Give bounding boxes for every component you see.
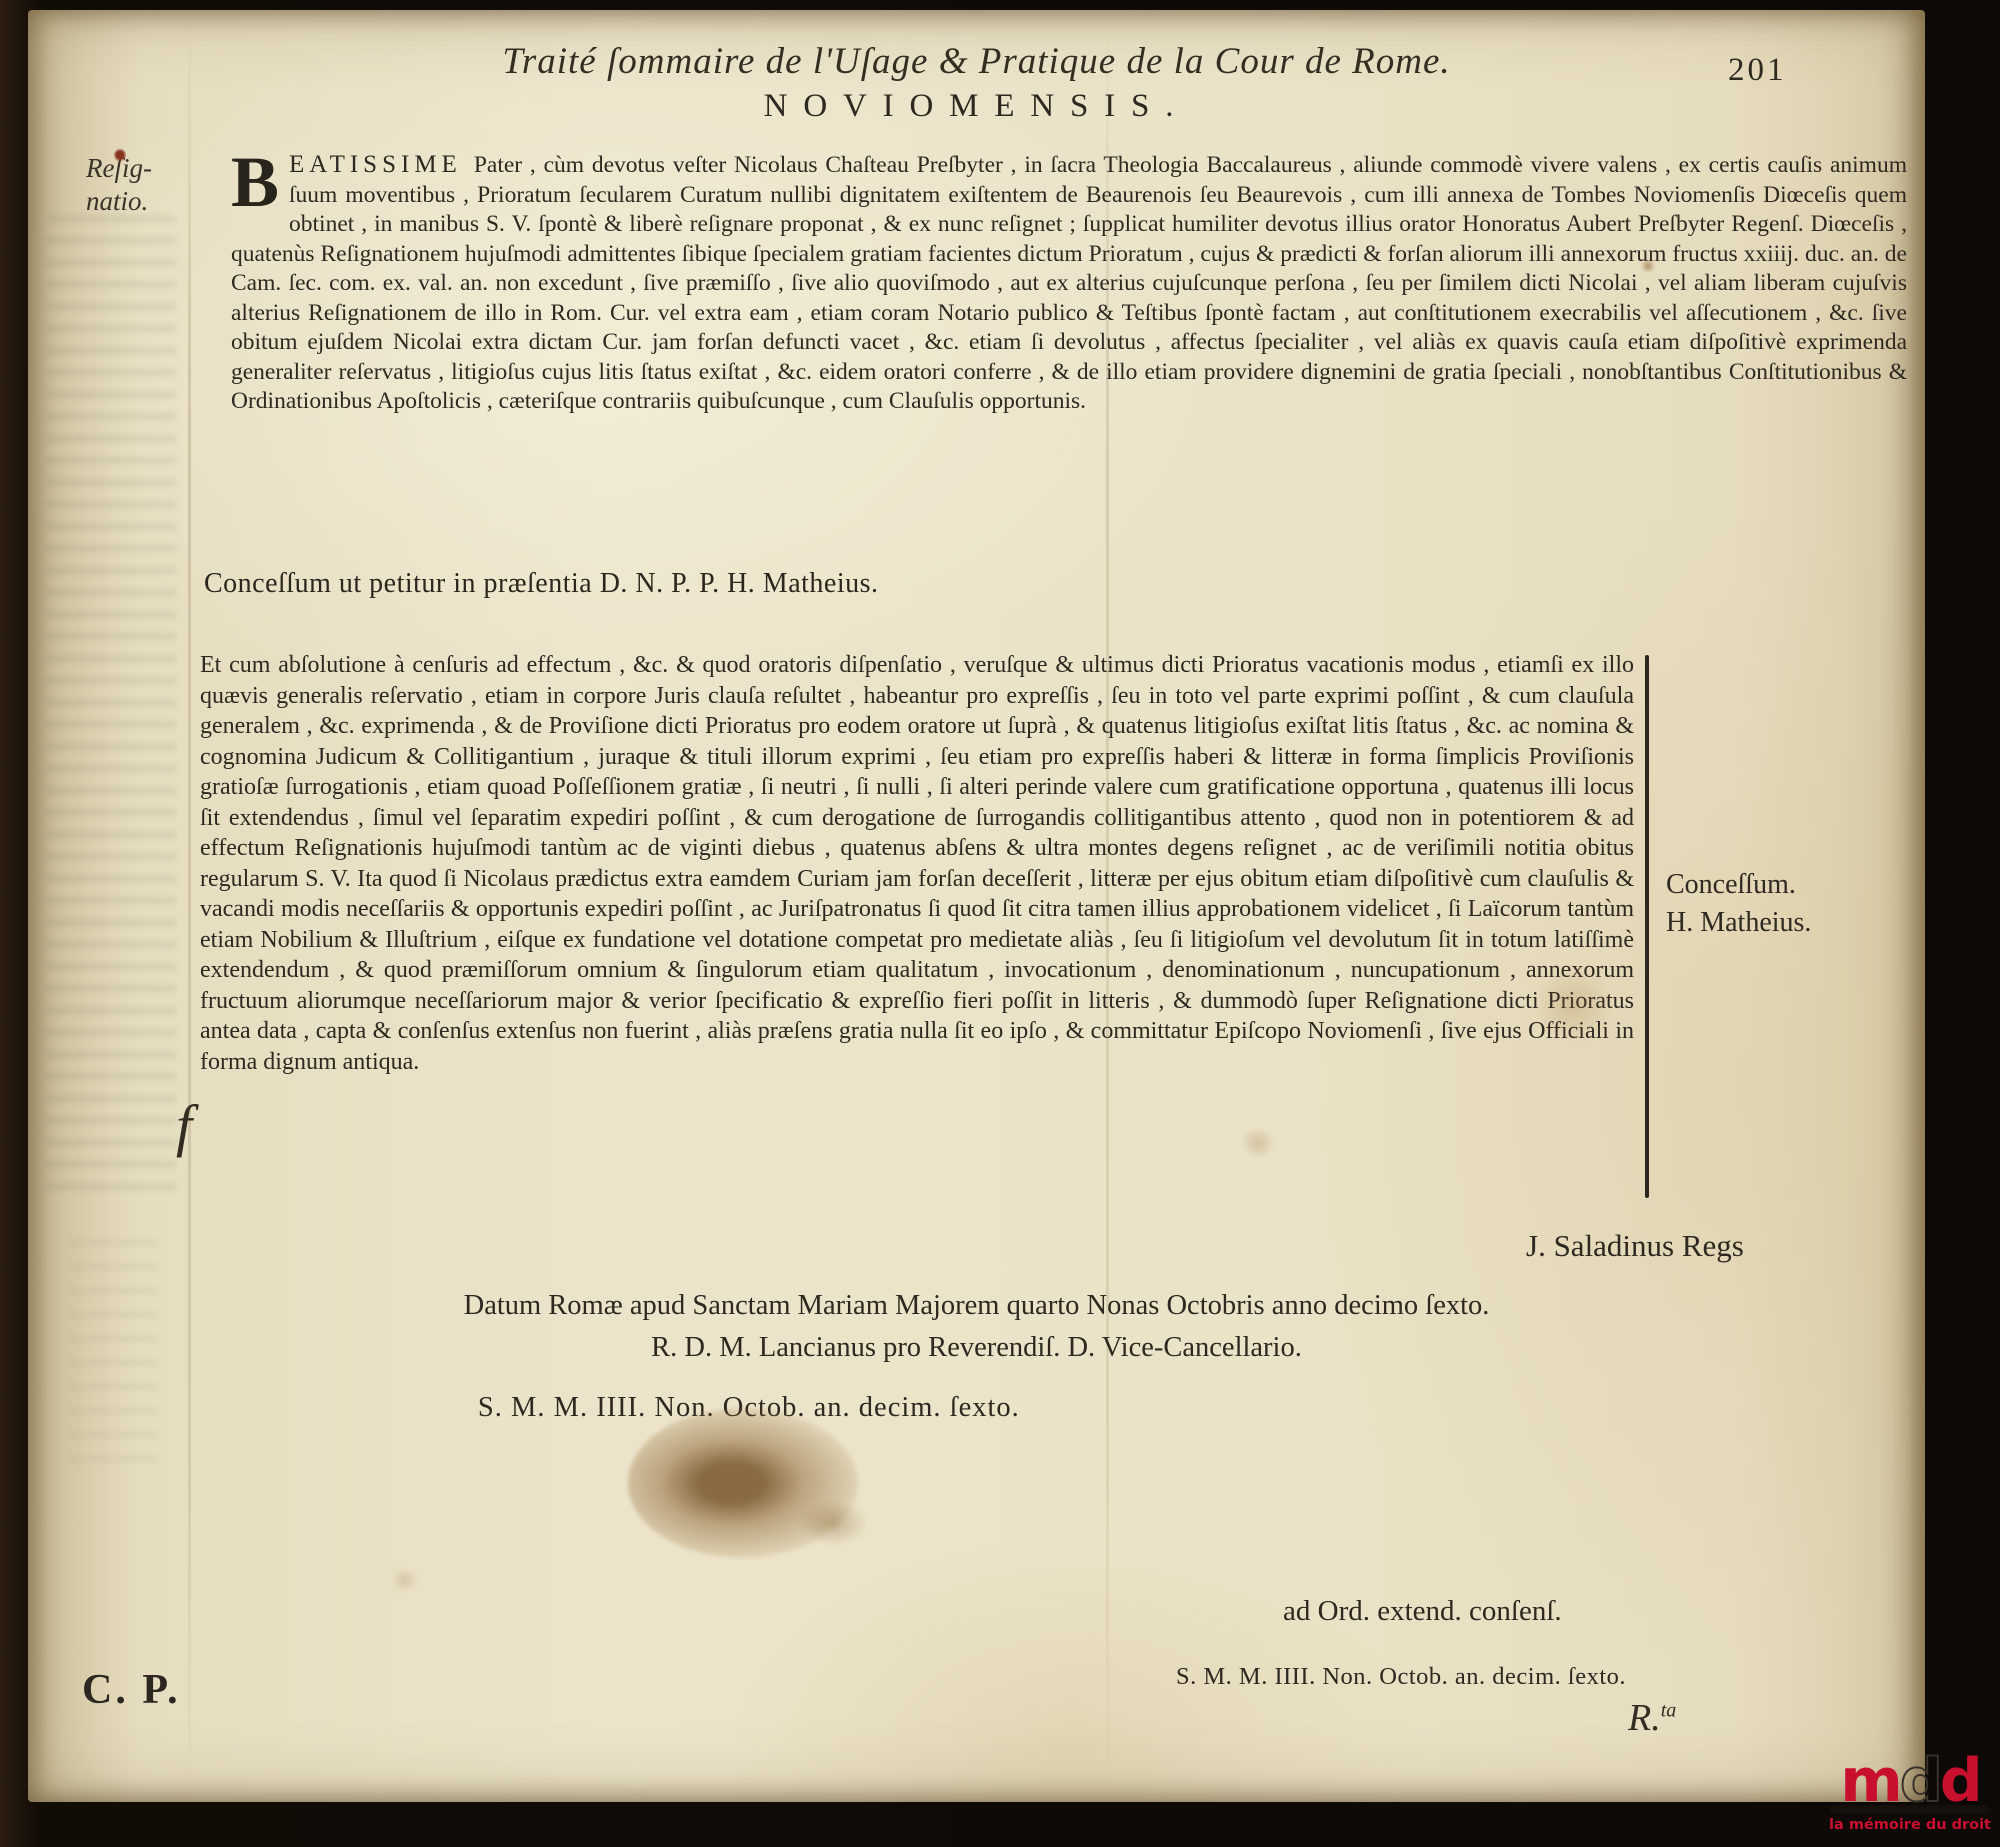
marginal-rule bbox=[1645, 655, 1649, 1198]
datum-line-2: R. D. M. Lancianus pro Reverendiſ. D. Vi… bbox=[28, 1332, 1925, 1364]
mdd-watermark-logo: mdd la mémoire du droit bbox=[1822, 1755, 1998, 1845]
registration-letter: R. bbox=[1628, 1697, 1661, 1739]
running-title: Traité ſommaire de l'Uſage & Pratique de… bbox=[28, 40, 1925, 83]
signature-line: J. Saladinus Regs bbox=[1526, 1228, 1744, 1264]
ink-stain bbox=[798, 1500, 868, 1546]
book-page: Traité ſommaire de l'Uſage & Pratique de… bbox=[28, 10, 1925, 1802]
left-margin-note-line1: Reſig- bbox=[86, 153, 152, 183]
press-mark: C. P. bbox=[82, 1666, 181, 1714]
extension-paragraph: Et cum abſolutione à cenſuris ad effectu… bbox=[200, 650, 1634, 1077]
petition-leadword: EATISSIME bbox=[289, 151, 462, 178]
page-number: 201 bbox=[1728, 52, 1848, 89]
logo-letter-m: m bbox=[1840, 1746, 1900, 1816]
concessum-granting-line: Conceſſum ut petitur in præſentia D. N. … bbox=[204, 568, 879, 600]
ink-stain bbox=[628, 1408, 858, 1558]
foxing-spot bbox=[1238, 1130, 1278, 1156]
datum-line-3: S. M. M. IIII. Non. Octob. an. decim. ſe… bbox=[28, 1392, 1470, 1424]
logo-letter-d-outline: d bbox=[1900, 1746, 1940, 1816]
ordinance-note: ad Ord. extend. conſenſ. bbox=[1283, 1595, 1562, 1628]
drop-cap-initial: B bbox=[231, 153, 279, 211]
petition-text: Pater , cùm devotus veſter Nicolaus Chaſ… bbox=[231, 152, 1907, 414]
ordinance-date: S. M. M. IIII. Non. Octob. an. decim. ſe… bbox=[1176, 1663, 1626, 1691]
right-margin-note-line1: Conceſſum. bbox=[1666, 869, 1796, 900]
verso-bleedthrough-texture bbox=[46, 215, 176, 1195]
petition-paragraph: BEATISSIMEPater , cùm devotus veſter Nic… bbox=[231, 150, 1907, 417]
registration-superscript: ta bbox=[1661, 1699, 1677, 1721]
mdd-logo-word: mdd bbox=[1822, 1755, 1998, 1807]
registration-mark: R.ta bbox=[1628, 1696, 1676, 1740]
section-title: NOVIOMENSIS. bbox=[28, 88, 1925, 125]
page-crease bbox=[188, 10, 191, 1802]
left-margin-note: Reſig- natio. bbox=[86, 152, 226, 218]
right-margin-note: Conceſſum. H. Matheius. bbox=[1666, 866, 1916, 942]
logo-letter-d: d bbox=[1940, 1746, 1980, 1816]
right-margin-note-line2: H. Matheius. bbox=[1666, 907, 1811, 938]
left-margin-note-line2: natio. bbox=[86, 186, 148, 216]
datum-line-1: Datum Romæ apud Sanctam Mariam Majorem q… bbox=[28, 1290, 1925, 1322]
foxing-spot bbox=[388, 1570, 422, 1590]
left-margin-mark-f: f bbox=[176, 1092, 192, 1159]
logo-tagline: la mémoire du droit bbox=[1822, 1817, 1998, 1833]
scanned-book-photo: Traité ſommaire de l'Uſage & Pratique de… bbox=[0, 0, 2000, 1847]
